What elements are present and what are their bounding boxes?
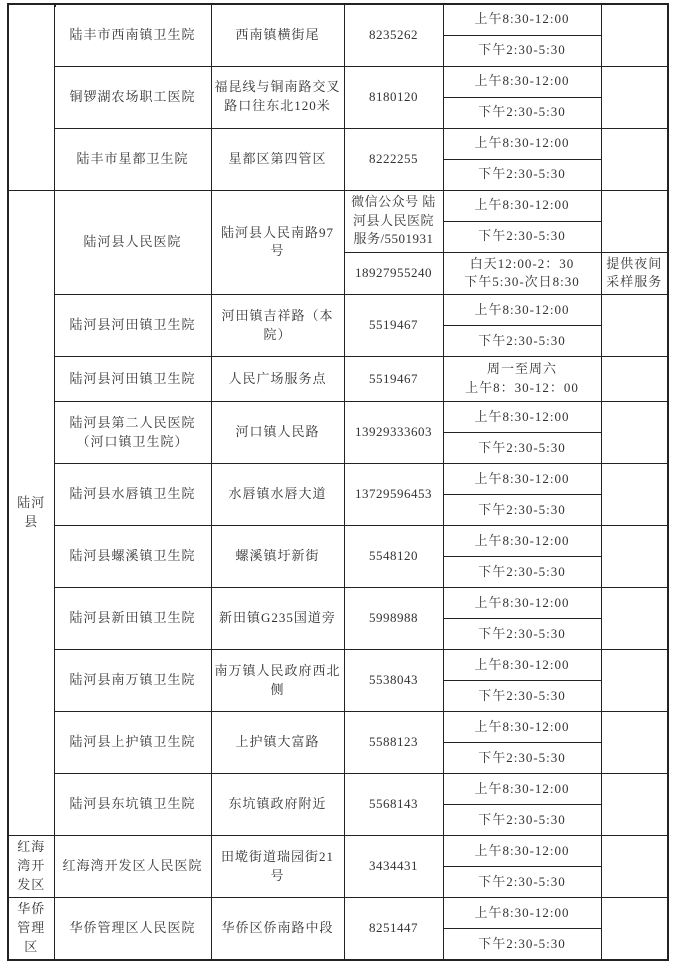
hours-pm: 下午2:30-5:30 (443, 929, 601, 960)
hours-pm: 下午2:30-5:30 (443, 97, 601, 128)
note-cell (601, 66, 668, 128)
hours-pm: 下午2:30-5:30 (443, 35, 601, 66)
note-cell (601, 712, 668, 774)
address: 螺溪镇圩新街 (211, 526, 344, 588)
note-cell: 提供夜间采样服务 (601, 252, 668, 295)
hours-pm: 下午2:30-5:30 (443, 221, 601, 252)
hospital-name: 红海湾开发区人民医院 (54, 836, 211, 898)
hours-pm: 下午2:30-5:30 (443, 681, 601, 712)
hours-am: 上午8:30-12:00 (443, 190, 601, 221)
table-row: 陆河县水唇镇卫生院 水唇镇水唇大道 13729596453 上午8:30-12:… (8, 464, 668, 495)
address: 星都区第四管区 (211, 128, 344, 190)
address: 南万镇人民政府西北侧 (211, 650, 344, 712)
phone: 8222255 (344, 128, 443, 190)
address: 田墘街道瑞园街21号 (211, 836, 344, 898)
table-row: 陆河县南万镇卫生院 南万镇人民政府西北侧 5538043 上午8:30-12:0… (8, 650, 668, 681)
hospital-name: 陆河县第二人民医院 （河口镇卫生院） (54, 402, 211, 464)
note-cell (601, 588, 668, 650)
hours-pm: 下午2:30-5:30 (443, 326, 601, 357)
hospital-name: 陆河县河田镇卫生院 (54, 295, 211, 357)
hours-special: 周一至周六 上午8：30-12：00 (443, 357, 601, 402)
address: 东坑镇政府附近 (211, 774, 344, 836)
hours-am: 上午8:30-12:00 (443, 295, 601, 326)
phone: 5519467 (344, 295, 443, 357)
hours-am: 上午8:30-12:00 (443, 836, 601, 867)
note-cell (601, 357, 668, 402)
phone: 8180120 (344, 66, 443, 128)
note-cell (601, 128, 668, 190)
page-cut-artifact (7, 3, 56, 7)
note-cell (601, 650, 668, 712)
note-cell (601, 190, 668, 252)
hours-am: 上午8:30-12:00 (443, 650, 601, 681)
hours-pm: 下午2:30-5:30 (443, 619, 601, 650)
address: 福昆线与铜南路交叉路口往东北120米 (211, 66, 344, 128)
region-cell (8, 4, 54, 190)
phone: 5588123 (344, 712, 443, 774)
table-row: 陆丰市西南镇卫生院 西南镇横街尾 8235262 上午8:30-12:00 (8, 4, 668, 35)
region-cell: 陆河县 (8, 190, 54, 836)
note-cell (601, 898, 668, 960)
region-cell: 红海湾开发区 (8, 836, 54, 898)
phone: 5568143 (344, 774, 443, 836)
table-row: 华侨管理区 华侨管理区人民医院 华侨区侨南路中段 8251447 上午8:30-… (8, 898, 668, 929)
hospital-name: 陆丰市西南镇卫生院 (54, 4, 211, 66)
hours-am: 上午8:30-12:00 (443, 898, 601, 929)
phone: 5519467 (344, 357, 443, 402)
table-row: 陆河县螺溪镇卫生院 螺溪镇圩新街 5548120 上午8:30-12:00 (8, 526, 668, 557)
hours-am: 上午8:30-12:00 (443, 4, 601, 35)
note-cell (601, 4, 668, 66)
phone: 13929333603 (344, 402, 443, 464)
phone: 3434431 (344, 836, 443, 898)
hours-pm: 下午2:30-5:30 (443, 743, 601, 774)
address: 河口镇人民路 (211, 402, 344, 464)
hours-am: 上午8:30-12:00 (443, 712, 601, 743)
hours-am: 上午8:30-12:00 (443, 588, 601, 619)
hours-am: 上午8:30-12:00 (443, 402, 601, 433)
phone: 5538043 (344, 650, 443, 712)
phone: 8251447 (344, 898, 443, 960)
note-cell (601, 464, 668, 526)
hours-pm: 下午2:30-5:30 (443, 159, 601, 190)
address: 新田镇G235国道旁 (211, 588, 344, 650)
phone: 8235262 (344, 4, 443, 66)
address: 河田镇吉祥路（本院） (211, 295, 344, 357)
hours-pm: 下午2:30-5:30 (443, 557, 601, 588)
address: 华侨区侨南路中段 (211, 898, 344, 960)
phone: 13729596453 (344, 464, 443, 526)
hospital-name: 陆河县水唇镇卫生院 (54, 464, 211, 526)
table-row: 红海湾开发区 红海湾开发区人民医院 田墘街道瑞园街21号 3434431 上午8… (8, 836, 668, 867)
table-row: 陆河县第二人民医院 （河口镇卫生院） 河口镇人民路 13929333603 上午… (8, 402, 668, 433)
hospitals-table: 陆丰市西南镇卫生院 西南镇横街尾 8235262 上午8:30-12:00 下午… (7, 3, 669, 961)
hospital-name: 陆河县上护镇卫生院 (54, 712, 211, 774)
hours-am: 上午8:30-12:00 (443, 774, 601, 805)
table-row: 陆河县新田镇卫生院 新田镇G235国道旁 5998988 上午8:30-12:0… (8, 588, 668, 619)
note-cell (601, 295, 668, 357)
table-row: 陆丰市星都卫生院 星都区第四管区 8222255 上午8:30-12:00 (8, 128, 668, 159)
hours-am: 上午8:30-12:00 (443, 128, 601, 159)
hospital-name: 陆河县南万镇卫生院 (54, 650, 211, 712)
hospital-name: 陆河县螺溪镇卫生院 (54, 526, 211, 588)
note-cell (601, 774, 668, 836)
note-cell (601, 402, 668, 464)
hospital-name: 陆丰市星都卫生院 (54, 128, 211, 190)
phone-wechat: 微信公众号 陆河县人民医院服务/5501931 (344, 190, 443, 252)
address: 上护镇大富路 (211, 712, 344, 774)
note-cell (601, 836, 668, 898)
phone-night: 18927955240 (344, 252, 443, 295)
region-cell: 华侨管理区 (8, 898, 54, 960)
table-row: 陆河县河田镇卫生院 人民广场服务点 5519467 周一至周六 上午8：30-1… (8, 357, 668, 402)
hours-night: 白天12:00-2：30 下午5:30-次日8:30 (443, 252, 601, 295)
table-row: 陆河县东坑镇卫生院 东坑镇政府附近 5568143 上午8:30-12:00 (8, 774, 668, 805)
hospital-name: 陆河县东坑镇卫生院 (54, 774, 211, 836)
hours-pm: 下午2:30-5:30 (443, 867, 601, 898)
hours-am: 上午8:30-12:00 (443, 66, 601, 97)
hours-pm: 下午2:30-5:30 (443, 805, 601, 836)
hours-am: 上午8:30-12:00 (443, 464, 601, 495)
table-row: 陆河县上护镇卫生院 上护镇大富路 5588123 上午8:30-12:00 (8, 712, 668, 743)
hours-pm: 下午2:30-5:30 (443, 495, 601, 526)
hospital-name: 陆河县人民医院 (54, 190, 211, 295)
phone: 5548120 (344, 526, 443, 588)
hospital-name: 华侨管理区人民医院 (54, 898, 211, 960)
hospital-name: 陆河县新田镇卫生院 (54, 588, 211, 650)
address: 水唇镇水唇大道 (211, 464, 344, 526)
note-cell (601, 526, 668, 588)
hospital-name: 铜锣湖农场职工医院 (54, 66, 211, 128)
address: 陆河县人民南路97号 (211, 190, 344, 295)
table-row: 陆河县 陆河县人民医院 陆河县人民南路97号 微信公众号 陆河县人民医院服务/5… (8, 190, 668, 221)
hours-pm: 下午2:30-5:30 (443, 433, 601, 464)
address: 西南镇横街尾 (211, 4, 344, 66)
hours-am: 上午8:30-12:00 (443, 526, 601, 557)
phone: 5998988 (344, 588, 443, 650)
hospital-name: 陆河县河田镇卫生院 (54, 357, 211, 402)
table-row: 铜锣湖农场职工医院 福昆线与铜南路交叉路口往东北120米 8180120 上午8… (8, 66, 668, 97)
table-row: 陆河县河田镇卫生院 河田镇吉祥路（本院） 5519467 上午8:30-12:0… (8, 295, 668, 326)
address: 人民广场服务点 (211, 357, 344, 402)
